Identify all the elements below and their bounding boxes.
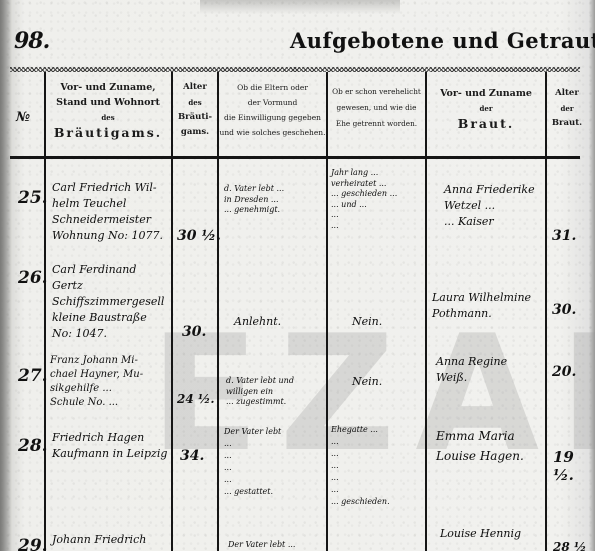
column-divider [217, 72, 219, 551]
previously-married-cell: Nein. [352, 374, 422, 390]
header-line: Bräuti- [173, 110, 217, 125]
header-line: Vor- und Zuname, [46, 80, 170, 95]
previously-married-cell: Jahr lang ... verheiratet ... ... geschi… [331, 168, 423, 231]
register-page: EZAB 98. Aufgebotene und Getraute № Vor-… [0, 0, 595, 551]
header-line: Ehe getrennt worden. [328, 116, 425, 132]
groom-name-cell: Carl Ferdinand Gertz Schiffszimmergesell… [52, 262, 170, 342]
groom-age-cell: 30 ½. [177, 228, 221, 244]
header-line: der Vormund [219, 95, 326, 110]
header-line: Alter [173, 80, 217, 95]
header-groom-name: Vor- und Zuname, Stand und Wohnort des B… [46, 80, 170, 140]
header-bride-age: Alter der Braut. [547, 86, 587, 131]
header-rule-divider [10, 156, 580, 159]
header-line: Vor- und Zuname [427, 86, 545, 101]
header-line: Ob die Eltern oder [219, 80, 326, 95]
groom-name-cell: Johann Friedrich [52, 532, 170, 548]
header-line: Ob er schon verehelicht [328, 84, 425, 100]
header-line: Braut. [547, 116, 587, 131]
header-line: Bräutigams. [46, 125, 170, 140]
bride-name-cell: Emma Maria Louise Hagen. [436, 426, 544, 466]
column-divider [326, 72, 328, 551]
parental-consent-cell: Der Vater lebt ... [228, 540, 324, 551]
header-line: Stand und Wohnort [46, 95, 170, 110]
header-line: des [173, 95, 217, 110]
header-number: № [16, 110, 30, 125]
previously-married-cell: Nein. [352, 314, 422, 330]
entry-number: 28. [18, 436, 48, 456]
bride-age-cell: 28 ½ [553, 540, 586, 551]
groom-name-cell: Carl Friedrich Wil- helm Teuchel Schneid… [52, 180, 170, 244]
entry-number: 25. [18, 188, 48, 208]
header-groom-age: Alter des Bräuti- gams. [173, 80, 217, 140]
groom-age-cell: 34. [180, 448, 204, 464]
header-line: Alter [547, 86, 587, 101]
column-divider [425, 72, 427, 551]
groom-age-cell: 30. [182, 324, 206, 340]
header-parental-consent: Ob die Eltern oder der Vormund die Einwi… [219, 80, 326, 140]
page-title: Aufgebotene und Getraute [290, 28, 595, 53]
header-previously-married: Ob er schon verehelicht gewesen, und wie… [328, 84, 425, 132]
bride-age-cell: 30. [552, 302, 576, 318]
header-line: der [547, 101, 587, 116]
column-divider [44, 72, 46, 551]
parental-consent-cell: d. Vater lebt und willigen ein ... zuges… [226, 376, 324, 408]
parental-consent-cell: Anlehnt. [234, 314, 324, 330]
groom-name-cell: Friedrich Hagen Kaufmann in Leipzig [52, 430, 170, 462]
entry-number: 26. [18, 268, 48, 288]
header-line: gams. [173, 125, 217, 140]
header-line: die Einwilligung gegeben [219, 110, 326, 125]
bride-age-cell: 20. [552, 364, 576, 380]
column-divider [171, 72, 173, 551]
header-line: gewesen, und wie die [328, 100, 425, 116]
scan-shadow [0, 0, 12, 551]
scan-shade [200, 0, 400, 14]
top-rule-divider [10, 67, 580, 72]
header-line: Braut. [427, 116, 545, 131]
parental-consent-cell: d. Vater lebt ... in Dresden ... ... gen… [224, 184, 324, 216]
bride-age-cell: 19 ½. [553, 448, 595, 484]
page-number: 98. [14, 28, 49, 54]
bride-name-cell: Anna Regine Weiß. [436, 354, 544, 386]
groom-name-cell: Franz Johann Mi- chael Hayner, Mu- sikge… [50, 354, 170, 410]
header-line: der [427, 101, 545, 116]
bride-name-cell: Laura Wilhelmine Pothmann. [432, 290, 544, 322]
header-line: und wie solches geschehen. [219, 125, 326, 140]
header-bride-name: Vor- und Zuname der Braut. [427, 86, 545, 131]
column-divider [545, 72, 547, 551]
bride-age-cell: 31. [552, 228, 576, 244]
parental-consent-cell: Der Vater lebt ... ... ... ... ... gesta… [224, 426, 324, 498]
entry-number: 27. [18, 366, 48, 386]
bride-name-cell: Anna Friederike Wetzel ... ... Kaiser [444, 182, 544, 230]
header-line: des [46, 110, 170, 125]
groom-age-cell: 24 ½. [177, 392, 215, 406]
previously-married-cell: Ehegatte ... ... ... ... ... ... ... ges… [331, 424, 423, 508]
entry-number: 29. [18, 536, 48, 551]
bride-name-cell: Louise Hennig [440, 526, 544, 542]
